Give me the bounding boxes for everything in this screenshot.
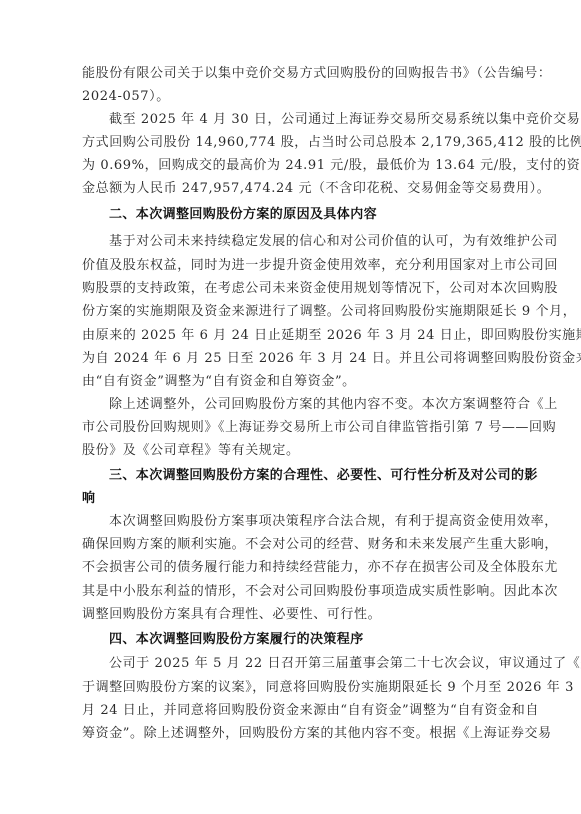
section-heading-3-cont: 响 (82, 489, 494, 509)
paragraph-line: 筹资金”。除上述调整外，回购股份方案的其他内容不变。根据《上海证券交易 (82, 724, 494, 744)
paragraph-line: 基于对公司未来持续稳定发展的信心和对公司价值的认可，为有效维护公司 (82, 232, 494, 252)
paragraph-line: 不会损害公司的债务履行能力和持续经营能力，亦不存在损害公司及全体股东尤 (82, 558, 494, 578)
paragraph-line: 份方案的实施期限及资金来源进行了调整。公司将回购股份实施期限延长 9 个月， (82, 302, 494, 322)
paragraph-line: 由“自有资金”调整为“自有资金和自筹资金”。 (82, 372, 494, 392)
paragraph-line: 股份》及《公司章程》等有关规定。 (82, 441, 494, 461)
section-heading-2: 二、本次调整回购股份方案的原因及具体内容 (82, 205, 494, 225)
paragraph-line: 公司于 2025 年 5 月 22 日召开第三届董事会第二十七次会议，审议通过了… (82, 654, 494, 674)
paragraph-line: 2024-057）。 (82, 87, 494, 107)
paragraph-line: 为自 2024 年 6 月 25 日至 2026 年 3 月 24 日。并且公司… (82, 349, 494, 369)
paragraph-line: 除上述调整外，公司回购股份方案的其他内容不变。本次方案调整符合《上 (82, 395, 494, 415)
paragraph-line: 价值及股东权益，同时为进一步提升资金使用效率，充分利用国家对上市公司回 (82, 256, 494, 276)
paragraph-line: 其是中小股东利益的情形，不会对公司回购股份事项造成实质性影响。因此本次 (82, 582, 494, 602)
paragraph-line: 由原来的 2025 年 6 月 24 日止延期至 2026 年 3 月 24 日… (82, 326, 494, 346)
paragraph-line: 截至 2025 年 4 月 30 日，公司通过上海证券交易所交易系统以集中竞价交… (82, 110, 494, 130)
paragraph-line: 本次调整回购股份方案事项决策程序合法合规，有利于提高资金使用效率， (82, 512, 494, 532)
paragraph-line: 月 24 日止，并同意将回购股份资金来源由“自有资金”调整为“自有资金和自 (82, 701, 494, 721)
paragraph-line: 于调整回购股份方案的议案》，同意将回购股份实施期限延长 9 个月至 2026 年… (82, 678, 494, 698)
paragraph-line: 确保回购方案的顺利实施。不会对公司的经营、财务和未来发展产生重大影响， (82, 535, 494, 555)
paragraph-line: 调整回购股份方案具有合理性、必要性、可行性。 (82, 605, 494, 625)
paragraph-line: 能股份有限公司关于以集中竞价交易方式回购股份的回购报告书》（公告编号： (82, 64, 494, 84)
paragraph-line: 为 0.69%，回购成交的最高价为 24.91 元/股，最低价为 13.64 元… (82, 156, 494, 176)
section-heading-4: 四、本次调整回购股份方案履行的决策程序 (82, 630, 494, 650)
section-heading-3: 三、本次调整回购股份方案的合理性、必要性、可行性分析及对公司的影 (82, 466, 494, 486)
paragraph-line: 方式回购公司股份 14,960,774 股，占当时公司总股本 2,179,365… (82, 133, 494, 153)
paragraph-line: 金总额为人民币 247,957,474.24 元（不含印花税、交易佣金等交易费用… (82, 179, 494, 199)
paragraph-line: 购股票的支持政策，在考虑公司未来资金使用规划等情况下，公司对本次回购股 (82, 279, 494, 299)
paragraph-line: 市公司股份回购规则》《上海证券交易所上市公司自律监管指引第 7 号——回购 (82, 418, 494, 438)
